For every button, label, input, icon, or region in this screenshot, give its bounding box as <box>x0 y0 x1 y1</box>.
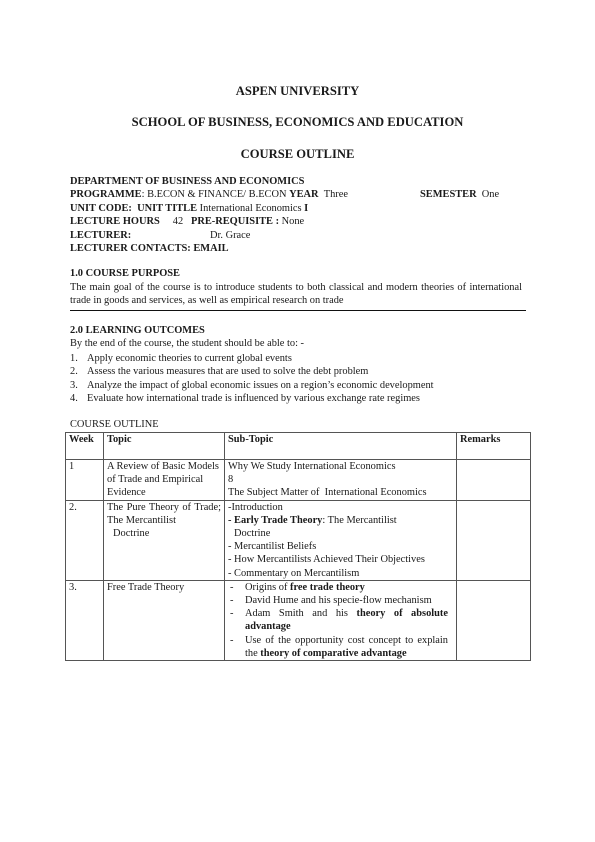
topic-cell: Free Trade Theory <box>104 580 225 660</box>
course-info-block: DEPARTMENT OF BUSINESS AND ECONOMICS PRO… <box>70 175 530 255</box>
topic-line: Doctrine <box>107 527 221 540</box>
remarks-cell <box>457 460 531 501</box>
subtopic-bold: - Early Trade Theory <box>228 515 322 526</box>
subtopic-cell: -Introduction - Early Trade Theory: The … <box>225 500 457 580</box>
dash-bullet: - <box>230 634 233 647</box>
item-number: 1. <box>70 352 78 365</box>
dash-bullet: - <box>230 594 233 607</box>
programme-label: PROGRAMME <box>70 189 142 200</box>
section-divider <box>70 310 526 311</box>
list-item: 3.Analyze the impact of global economic … <box>70 379 434 392</box>
learning-outcomes-list: 1.Apply economic theories to current glo… <box>70 352 434 406</box>
year-value: Three <box>324 189 348 200</box>
remarks-cell <box>457 500 531 580</box>
subtopic-line: The Subject Matter of International Econ… <box>228 486 453 499</box>
week-cell: 3. <box>66 580 104 660</box>
lecturer-label: LECTURER: <box>70 230 131 241</box>
subtopic-line: Doctrine <box>228 527 453 540</box>
header-remarks: Remarks <box>457 433 531 460</box>
university-name: ASPEN UNIVERSITY <box>0 84 595 99</box>
programme-line: PROGRAMME: B.ECON & FINANCE/ B.ECON YEAR… <box>70 188 530 201</box>
table-row: 1 A Review of Basic Models of Trade and … <box>66 460 531 501</box>
subtopic-item: -Adam Smith and his theory of absolute a… <box>228 607 448 633</box>
contacts-line: LECTURER CONTACTS: EMAIL <box>70 242 530 255</box>
subtopic-line: - Commentary on Mercantilism <box>228 567 453 580</box>
item-text: Analyze the impact of global economic is… <box>87 380 434 391</box>
topic-line: The Pure Theory of Trade; <box>107 501 221 514</box>
prerequisite-label: PRE-REQUISITE : <box>191 216 279 227</box>
subtopic-line: 8 <box>228 473 453 486</box>
course-outline-label: COURSE OUTLINE <box>70 419 159 430</box>
prerequisite-value: None <box>282 216 305 227</box>
remarks-cell <box>457 580 531 660</box>
header-week: Week <box>66 433 104 460</box>
unit-title-label: UNIT TITLE <box>137 203 197 214</box>
subtopic-line: Why We Study International Economics <box>228 460 453 473</box>
lecture-hours-label: LECTURE HOURS <box>70 216 160 227</box>
subtopic-bold: free trade theory <box>290 582 365 593</box>
hours-line: LECTURE HOURS 42 PRE-REQUISITE : None <box>70 215 530 228</box>
subtopic-text: Origins of <box>245 582 290 593</box>
dash-bullet: - <box>230 607 233 620</box>
table-row: 3. Free Trade Theory -Origins of free tr… <box>66 580 531 660</box>
lecturer-value: Dr. Grace <box>210 229 250 242</box>
learning-outcomes-intro: By the end of the course, the student sh… <box>70 338 304 349</box>
department-line: DEPARTMENT OF BUSINESS AND ECONOMICS <box>70 175 530 188</box>
course-outline-table: Week Topic Sub-Topic Remarks 1 A Review … <box>65 432 531 661</box>
subtopic-text: Adam Smith and his <box>245 608 356 619</box>
course-purpose-text: The main goal of the course is to introd… <box>70 281 522 308</box>
topic-line: The Mercantilist <box>107 514 221 527</box>
semester-label: SEMESTER <box>420 189 477 200</box>
table-header-row: Week Topic Sub-Topic Remarks <box>66 433 531 460</box>
document-title: COURSE OUTLINE <box>0 147 595 162</box>
item-number: 3. <box>70 379 78 392</box>
topic-cell: The Pure Theory of Trade; The Mercantili… <box>104 500 225 580</box>
subtopic-cell: Why We Study International Economics 8 T… <box>225 460 457 501</box>
subtopic-line: - Mercantilist Beliefs <box>228 540 453 553</box>
unit-title-value: International Economics <box>200 203 302 214</box>
year-label: YEAR <box>289 189 318 200</box>
unit-title-suffix: I <box>304 203 308 214</box>
unit-line: UNIT CODE: UNIT TITLE International Econ… <box>70 202 530 215</box>
course-purpose-heading: 1.0 COURSE PURPOSE <box>70 268 180 279</box>
department: DEPARTMENT OF BUSINESS AND ECONOMICS <box>70 176 304 187</box>
header-topic: Topic <box>104 433 225 460</box>
list-item: 1.Apply economic theories to current glo… <box>70 352 434 365</box>
subtopic-item: -Use of the opportunity cost concept to … <box>228 634 448 660</box>
semester-group: SEMESTER One <box>420 188 499 201</box>
learning-outcomes-heading: 2.0 LEARNING OUTCOMES <box>70 325 205 336</box>
unit-code-label: UNIT CODE: <box>70 203 132 214</box>
subtopic-bold: theory of comparative advantage <box>260 648 406 659</box>
header-subtopic: Sub-Topic <box>225 433 457 460</box>
subtopic-item: -David Hume and his specie-flow mechanis… <box>228 594 448 607</box>
school-name: SCHOOL OF BUSINESS, ECONOMICS AND EDUCAT… <box>0 115 595 130</box>
week-cell: 1 <box>66 460 104 501</box>
item-number: 4. <box>70 392 78 405</box>
lecture-hours-value: 42 <box>173 216 183 227</box>
table-row: 2. The Pure Theory of Trade; The Mercant… <box>66 500 531 580</box>
lecturer-line: LECTURER: Dr. Grace <box>70 229 530 242</box>
list-item: 2.Assess the various measures that are u… <box>70 365 434 378</box>
topic-cell: A Review of Basic Models of Trade and Em… <box>104 460 225 501</box>
semester-value: One <box>482 189 499 200</box>
item-number: 2. <box>70 365 78 378</box>
lecturer-contacts: LECTURER CONTACTS: EMAIL <box>70 243 229 254</box>
subtopic-cell: -Origins of free trade theory -David Hum… <box>225 580 457 660</box>
subtopic-text: David Hume and his specie-flow mechanism <box>245 595 432 606</box>
subtopic-item: -Origins of free trade theory <box>228 581 448 594</box>
week-cell: 2. <box>66 500 104 580</box>
dash-bullet: - <box>230 581 233 594</box>
programme-value: : B.ECON & FINANCE/ B.ECON <box>142 189 287 200</box>
subtopic-text: : The Mercantilist <box>322 515 396 526</box>
item-text: Assess the various measures that are use… <box>87 366 368 377</box>
list-item: 4.Evaluate how international trade is in… <box>70 392 434 405</box>
item-text: Evaluate how international trade is infl… <box>87 393 420 404</box>
subtopic-line: -Introduction <box>228 501 453 514</box>
subtopic-line: - Early Trade Theory: The Mercantilist <box>228 514 453 527</box>
item-text: Apply economic theories to current globa… <box>87 353 292 364</box>
subtopic-line: - How Mercantilists Achieved Their Objec… <box>228 553 453 566</box>
